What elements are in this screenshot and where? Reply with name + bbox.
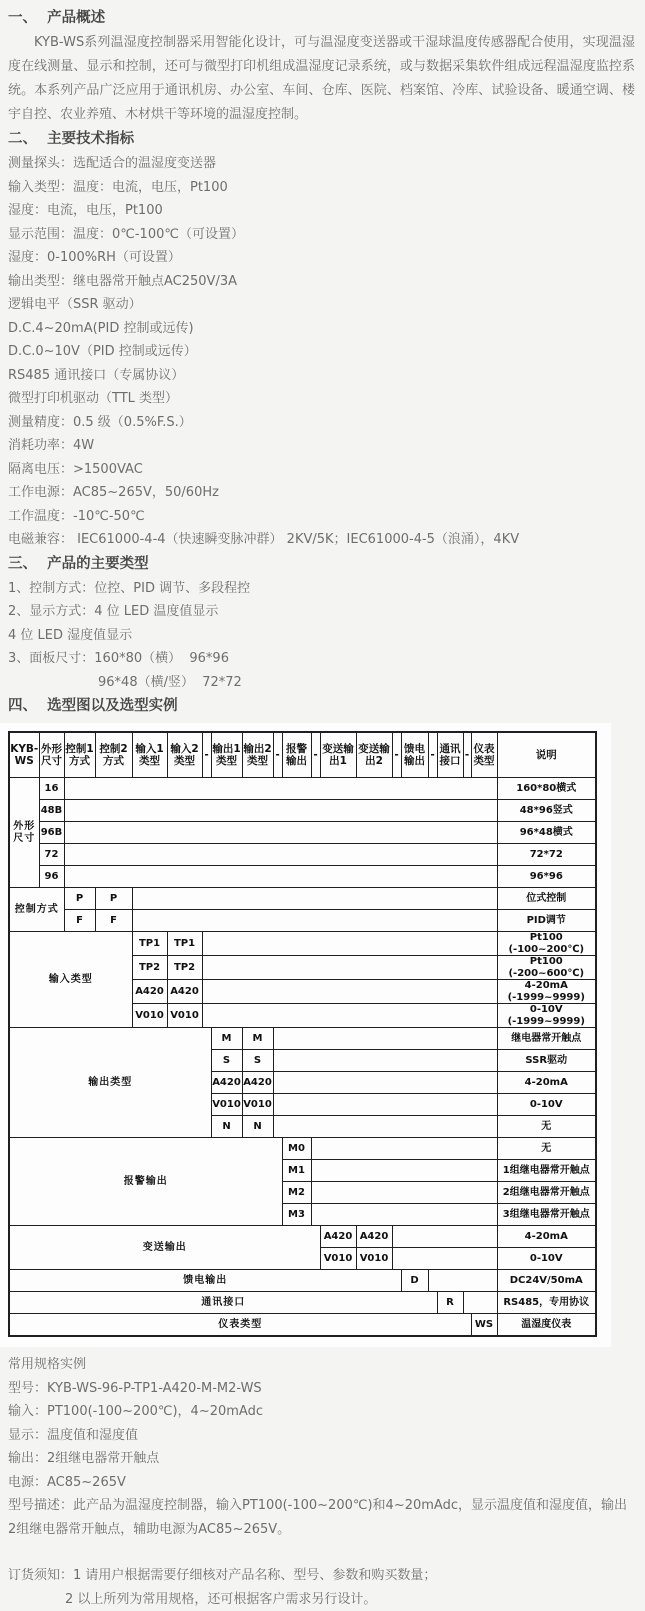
model-code-cell: A420 [211, 1072, 242, 1094]
model-code-cell: A420 [320, 1226, 356, 1248]
header-cell: 仪表 类型 [471, 732, 497, 778]
empty-cell [132, 888, 497, 910]
description-cell: 96*96 [497, 866, 596, 888]
model-code-cell: N [242, 1116, 273, 1138]
model-code-cell: M [211, 1028, 242, 1050]
example-line: 输出：2组继电器常开触点 [8, 1447, 635, 1471]
header-cell-dash: - [428, 732, 437, 778]
header-cell: 变送输 出1 [320, 732, 356, 778]
description-cell: 2组继电器常开触点 [497, 1182, 596, 1204]
model-code-cell: V010 [167, 1004, 202, 1028]
empty-cell [202, 1004, 497, 1028]
table-header-row: KYB- WS 外形 尺寸 控制1 方式 控制2 方式 输入1 类型 输入2 类… [9, 732, 596, 778]
empty-cell [392, 1248, 497, 1270]
header-cell-dash: - [273, 732, 282, 778]
model-code-cell: V010 [356, 1248, 392, 1270]
description-cell: 4-20mA [497, 1226, 596, 1248]
model-code-cell: 16 [39, 778, 64, 800]
section-4-heading: 四、 选型图以及选型实例 [8, 694, 635, 719]
model-code-cell: M [242, 1028, 273, 1050]
model-code-cell: TP1 [167, 932, 202, 956]
model-code-cell: F [64, 910, 95, 932]
empty-cell [64, 866, 497, 888]
header-cell: 控制1 方式 [64, 732, 95, 778]
description-cell: 160*80横式 [497, 778, 596, 800]
model-code-cell: 96B [39, 822, 64, 844]
overview-paragraph: KYB-WS系列温湿度控制器采用智能化设计，可与温湿度变送器或干湿球温度传感器配… [8, 31, 635, 127]
example-model-description: 型号描述：此产品为温湿度控制器，输入PT100(-100~200℃)和4~20m… [8, 1494, 635, 1542]
model-code-cell: 96 [39, 866, 64, 888]
description-cell: 继电器常开触点 [497, 1028, 596, 1050]
description-cell: 1组继电器常开触点 [497, 1160, 596, 1182]
model-code-cell: M3 [282, 1204, 311, 1226]
model-code-cell: TP2 [132, 956, 167, 980]
description-cell: 3组继电器常开触点 [497, 1204, 596, 1226]
empty-cell [273, 1028, 497, 1050]
example-line: 输入：PT100(-100~200℃)，4~20mAdc [8, 1400, 635, 1424]
description-cell: 温湿度仪表 [497, 1314, 596, 1337]
section-label-cell: 仪表类型 [9, 1314, 471, 1337]
type-line: 2、显示方式：4 位 LED 温度值显示 [8, 600, 635, 624]
header-cell: 控制2 方式 [95, 732, 132, 778]
header-cell: 外形 尺寸 [39, 732, 64, 778]
empty-cell [273, 1072, 497, 1094]
header-cell: 输入1 类型 [132, 732, 167, 778]
header-cell-dash: - [311, 732, 320, 778]
description-cell: 位式控制 [497, 888, 596, 910]
description-cell: 96*48横式 [497, 822, 596, 844]
model-code-cell: A420 [132, 980, 167, 1004]
description-cell: PID调节 [497, 910, 596, 932]
model-code-cell: P [95, 888, 132, 910]
spec-line: RS485 通讯接口（专属协议） [8, 364, 635, 388]
empty-cell [463, 1292, 497, 1314]
spec-line: 隔离电压：>1500VAC [8, 458, 635, 482]
model-code-cell: V010 [211, 1094, 242, 1116]
model-code-cell: F [95, 910, 132, 932]
description-cell: 4-20mA (-1999~9999) [497, 980, 596, 1004]
empty-cell [428, 1270, 497, 1292]
spec-line: 工作温度：-10℃-50℃ [8, 505, 635, 529]
model-code-cell: M1 [282, 1160, 311, 1182]
model-code-cell: TP1 [132, 932, 167, 956]
section-label-cell: 外形 尺寸 [9, 778, 39, 888]
header-cell: 报警 输出 [282, 732, 311, 778]
empty-cell [392, 1226, 497, 1248]
description-cell: SSR驱动 [497, 1050, 596, 1072]
selection-table: KYB- WS 外形 尺寸 控制1 方式 控制2 方式 输入1 类型 输入2 类… [8, 731, 597, 1337]
header-cell: 输入2 类型 [167, 732, 202, 778]
description-cell: 无 [497, 1116, 596, 1138]
description-cell: Pt100 (-200~600℃) [497, 956, 596, 980]
description-cell: 无 [497, 1138, 596, 1160]
model-code-cell: A420 [167, 980, 202, 1004]
empty-cell [311, 1138, 497, 1160]
header-cell: 输出1 类型 [211, 732, 242, 778]
model-code-cell: WS [471, 1314, 497, 1337]
type-line: 3、面板尺寸：160*80（横） 96*96 [8, 647, 635, 671]
section-3-heading: 三、 产品的主要类型 [8, 552, 635, 577]
model-code-cell: N [211, 1116, 242, 1138]
model-code-cell: 72 [39, 844, 64, 866]
spec-line: 湿度：电流，电压，Pt100 [8, 199, 635, 223]
section-label-cell: 输出类型 [9, 1028, 211, 1138]
section-label-cell: 控制方式 [9, 888, 64, 932]
description-cell: Pt100 (-100~200℃) [497, 932, 596, 956]
model-code-cell: TP2 [167, 956, 202, 980]
section-label-cell: 报警输出 [9, 1138, 282, 1226]
model-code-cell: V010 [242, 1094, 273, 1116]
description-cell: RS485，专用协议 [497, 1292, 596, 1314]
example-line: 电源：AC85~265V [8, 1471, 635, 1495]
model-code-cell: V010 [132, 1004, 167, 1028]
model-code-cell: S [211, 1050, 242, 1072]
model-code-cell: M0 [282, 1138, 311, 1160]
spec-line: 电磁兼容： IEC61000-4-4（快速瞬变脉冲群） 2KV/5K；IEC61… [8, 528, 635, 552]
example-line: 显示：温度值和湿度值 [8, 1424, 635, 1448]
model-code-cell: 48B [39, 800, 64, 822]
type-line: 1、控制方式：位控、PID 调节、多段程控 [8, 577, 635, 601]
ordering-note-line-2: 2 以上所列为常用规格，还可根据客户需求另行设计。 [8, 1588, 635, 1611]
description-cell: DC24V/50mA [497, 1270, 596, 1292]
type-line: 4 位 LED 湿度值显示 [8, 624, 635, 648]
description-cell: 0-10V [497, 1248, 596, 1270]
header-cell: KYB- WS [9, 732, 39, 778]
empty-cell [273, 1094, 497, 1116]
spec-line: 测量精度：0.5 级（0.5%F.S.） [8, 411, 635, 435]
model-code-cell: D [401, 1270, 428, 1292]
section-label-cell: 变送输出 [9, 1226, 320, 1270]
empty-cell [311, 1204, 497, 1226]
header-cell: 输出2 类型 [242, 732, 273, 778]
description-cell: 48*96竖式 [497, 800, 596, 822]
spec-line: 测量探头：选配适合的温湿度变送器 [8, 152, 635, 176]
spec-line: 湿度：0-100%RH（可设置） [8, 246, 635, 270]
empty-cell [64, 800, 497, 822]
model-code-cell: S [242, 1050, 273, 1072]
header-cell: 馈电 输出 [401, 732, 428, 778]
model-code-cell: A420 [242, 1072, 273, 1094]
section-label-cell: 输入类型 [9, 932, 132, 1028]
header-cell: 通讯 接口 [437, 732, 463, 778]
spec-line: 输出类型：继电器常开触点AC250V/3A [8, 270, 635, 294]
header-cell-dash: - [463, 732, 471, 778]
description-cell: 0-10V [497, 1094, 596, 1116]
empty-cell [64, 778, 497, 800]
header-cell-dash: - [202, 732, 211, 778]
selection-table-image: KYB- WS 外形 尺寸 控制1 方式 控制2 方式 输入1 类型 输入2 类… [0, 723, 611, 1347]
description-cell: 4-20mA [497, 1072, 596, 1094]
spec-line: 工作电源：AC85~265V，50/60Hz [8, 481, 635, 505]
model-code-cell: R [437, 1292, 463, 1314]
spacer [8, 1542, 635, 1564]
description-cell: 0-10V (-1999~9999) [497, 1004, 596, 1028]
spec-line: D.C.0~10V（PID 控制或远传） [8, 340, 635, 364]
spec-line: 逻辑电平（SSR 驱动） [8, 293, 635, 317]
example-line: 型号：KYB-WS-96-P-TP1-A420-M-M2-WS [8, 1377, 635, 1401]
ordering-note-line-1: 订货须知：1 请用户根据需要仔细核对产品名称、型号、参数和购买数量； [8, 1564, 635, 1588]
spec-line: D.C.4~20mA(PID 控制或远传) [8, 317, 635, 341]
empty-cell [202, 980, 497, 1004]
section-1-heading: 一、 产品概述 [8, 6, 635, 31]
empty-cell [132, 910, 497, 932]
empty-cell [202, 956, 497, 980]
empty-cell [64, 844, 497, 866]
model-code-cell: A420 [356, 1226, 392, 1248]
spec-line: 消耗功率：4W [8, 434, 635, 458]
description-cell: 72*72 [497, 844, 596, 866]
empty-cell [311, 1182, 497, 1204]
header-cell: 变送输 出2 [356, 732, 392, 778]
empty-cell [202, 932, 497, 956]
empty-cell [64, 822, 497, 844]
empty-cell [273, 1050, 497, 1072]
section-2-heading: 二、 主要技术指标 [8, 127, 635, 152]
model-code-cell: V010 [320, 1248, 356, 1270]
example-title: 常用规格实例 [8, 1353, 635, 1377]
section-label-cell: 馈电输出 [9, 1270, 401, 1292]
document-page: 一、 产品概述 KYB-WS系列温湿度控制器采用智能化设计，可与温湿度变送器或干… [0, 0, 645, 1611]
section-label-cell: 通讯接口 [9, 1292, 437, 1314]
empty-cell [273, 1116, 497, 1138]
header-cell-dash: - [392, 732, 401, 778]
model-code-cell: M2 [282, 1182, 311, 1204]
type-line-panel-sizes: 96*48（横/竖） 72*72 [8, 671, 635, 695]
spec-line: 显示范围：温度：0℃-100℃（可设置） [8, 223, 635, 247]
header-cell: 说明 [497, 732, 596, 778]
spec-line: 微型打印机驱动（TTL 类型） [8, 387, 635, 411]
empty-cell [311, 1160, 497, 1182]
model-code-cell: P [64, 888, 95, 910]
spec-line: 输入类型：温度：电流，电压，Pt100 [8, 176, 635, 200]
